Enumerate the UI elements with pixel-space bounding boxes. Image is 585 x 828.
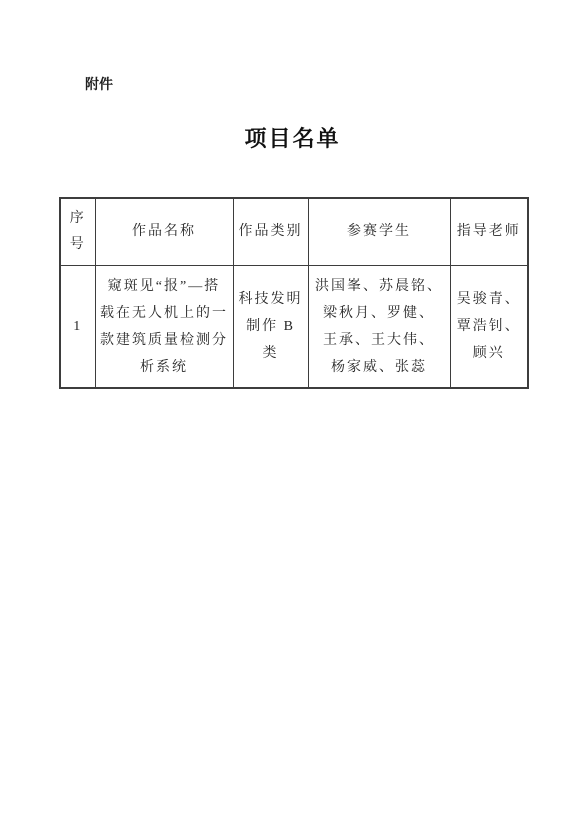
cell-work-category: 科技发明 制作 B 类 xyxy=(233,266,308,389)
project-roster-table: 序 号 作品名称 作品类别 参赛学生 指导老师 1 窥斑见“报”—搭 载在无人机… xyxy=(59,197,529,389)
header-serial-number: 序 号 xyxy=(60,198,95,266)
cell-work-name: 窥斑见“报”—搭 载在无人机上的一 款建筑质量检测分 析系统 xyxy=(95,266,233,389)
cell-students: 洪国峯、苏晨铭、 梁秋月、罗健、 王承、王大伟、 杨家威、张蕊 xyxy=(308,266,450,389)
header-students: 参赛学生 xyxy=(308,198,450,266)
table-row: 1 窥斑见“报”—搭 载在无人机上的一 款建筑质量检测分 析系统 科技发明 制作… xyxy=(60,266,528,389)
document-page: 附件 项目名单 序 号 作品名称 作品类别 参赛学生 指导老师 1 窥斑见“报”… xyxy=(0,0,585,828)
table-header-row: 序 号 作品名称 作品类别 参赛学生 指导老师 xyxy=(60,198,528,266)
header-work-name: 作品名称 xyxy=(95,198,233,266)
header-teachers: 指导老师 xyxy=(450,198,528,266)
cell-teachers: 吴骏青、 覃浩钊、 顾兴 xyxy=(450,266,528,389)
attachment-label: 附件 xyxy=(85,75,113,93)
page-title: 项目名单 xyxy=(0,125,585,152)
header-work-category: 作品类别 xyxy=(233,198,308,266)
cell-serial-number: 1 xyxy=(60,266,95,389)
